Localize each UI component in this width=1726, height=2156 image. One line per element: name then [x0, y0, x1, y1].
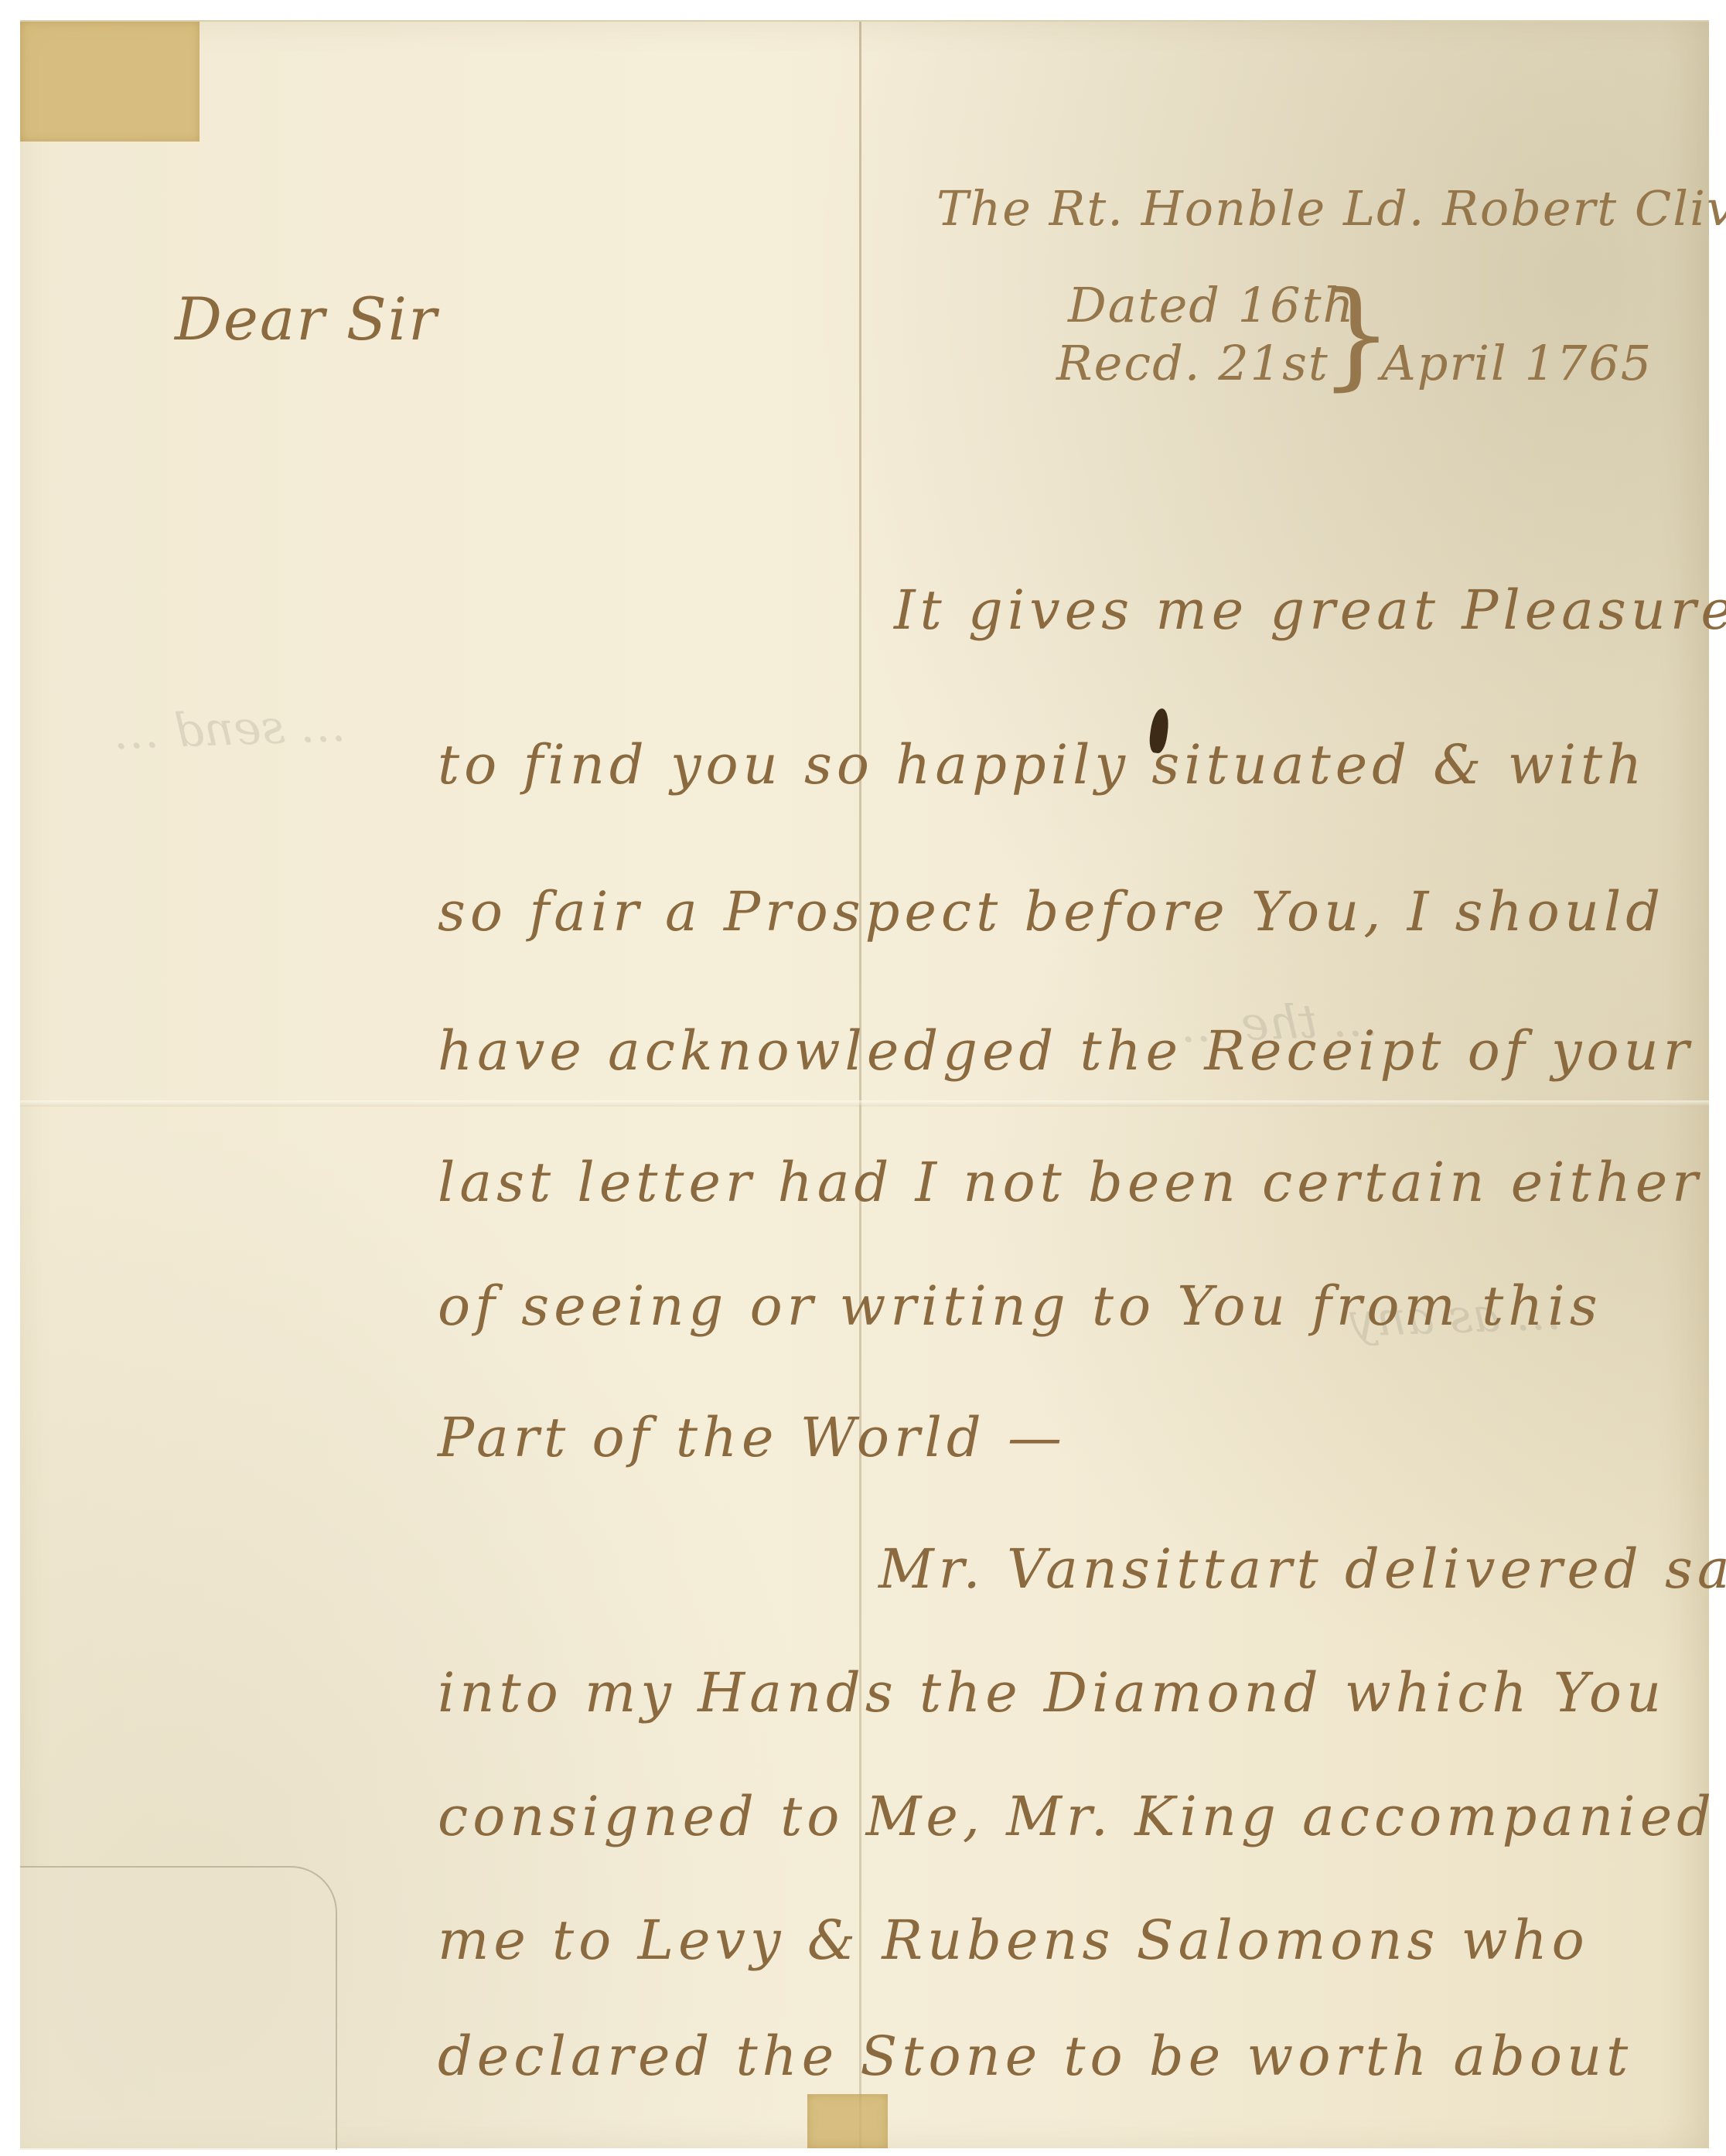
body-line: have acknowledged the Receipt of your [438, 1019, 1694, 1083]
body-line: of seeing or writing to You from this [438, 1274, 1602, 1338]
body-line: to find you so happily situated & with [438, 733, 1646, 797]
body-line: declared the Stone to be worth about [438, 2025, 1632, 2088]
body-line: me to Levy & Rubens Salomons who [438, 1909, 1589, 1972]
body-line: into my Hands the Diamond which You [438, 1661, 1666, 1724]
tape-bottom [807, 2094, 888, 2148]
horizontal-fold-crease [20, 1100, 1709, 1107]
body-line: It gives me great Pleasure [894, 578, 1726, 642]
letter-sheet: … send … … the … … as any The Rt. Honble… [20, 20, 1709, 2148]
body-line: so fair a Prospect before You, I should [438, 880, 1665, 943]
received-line: Recd. 21st [1056, 335, 1329, 391]
salutation: Dear Sir [175, 285, 438, 353]
recipient-line: The Rt. Honble Ld. Robert Clive [936, 180, 1726, 237]
bleed-through-text: … send … [112, 698, 347, 760]
body-line: Mr. Vansittart delivered safe [878, 1537, 1726, 1601]
body-line: Part of the World — [438, 1406, 1066, 1469]
month-year: April 1765 [1381, 335, 1653, 391]
dated-line: Dated 16th [1068, 277, 1355, 333]
tape-top-left [20, 22, 200, 142]
body-line: consigned to Me, Mr. King accompanied [438, 1785, 1716, 1848]
body-line: last letter had I not been certain eithe… [438, 1151, 1703, 1214]
mount-corner-bottom-left [20, 1866, 337, 2150]
